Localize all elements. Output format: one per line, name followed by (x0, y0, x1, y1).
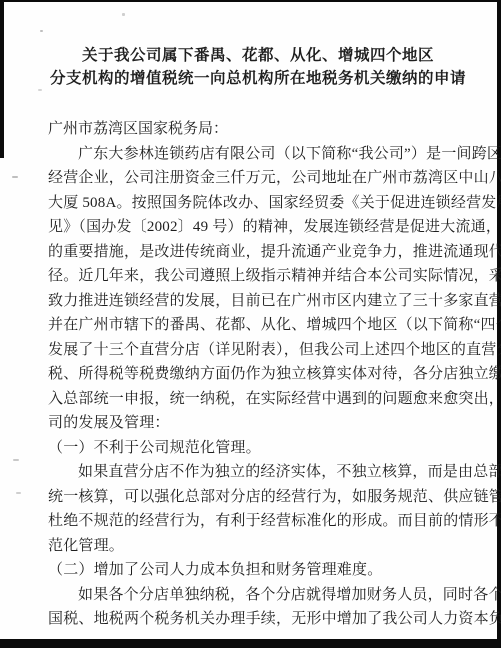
scan-edge-top (0, 0, 501, 2)
title-line-1: 关于我公司属下番禺、花都、从化、增城四个地区 (48, 44, 468, 67)
text-line: 并在广州市辖下的番禺、花都、从化、增城四个地区（以下简称“四个直属区”） (48, 313, 468, 338)
text-line: 杜绝不规范的经营行为，有利于经营标准化的形成。而目前的情形不利于公司规 (48, 509, 468, 534)
scan-edge-left (0, 0, 4, 158)
text-line: 见》（国办发〔2002〕49 号）的精神，发展连锁经营是促进大流通，带动大生产 (48, 215, 468, 240)
section-heading-1: （一）不利于公司规范化管理。 (48, 436, 468, 461)
text-line: 的重要措施，是改进传统商业，提升流通产业竞争力，推进流通现代化的有效途 (48, 240, 468, 265)
scan-artifact (122, 13, 125, 16)
text-line: 统一核算，可以强化总部对分店的经营行为，如服务规范、供应链管理等，从而 (48, 485, 468, 510)
text-line: 范化管理。 (48, 534, 468, 559)
title-line-2: 分支机构的增值税统一向总机构所在地税务机关缴纳的申请 (48, 67, 468, 90)
document-title: 关于我公司属下番禺、花都、从化、增城四个地区 分支机构的增值税统一向总机构所在地… (48, 44, 468, 90)
scan-artifact (16, 492, 21, 494)
text-line: 国税、地税两个税务机关办理手续，无形中增加了我公司人力资本负担和财务管 (48, 607, 468, 632)
text-line: 司的发展及管理： (48, 411, 468, 436)
text-line: 入总部统一申报，统一纳税，在实际经营中遇到的问题愈来愈突出，不利于我公 (48, 387, 468, 412)
text-line: 径。近几年来，我公司遵照上级指示精神并结合本公司实际情况，采取切实措施， (48, 264, 468, 289)
text-line: 致力推进连锁经营的发展，目前已在广州市区内建立了三十多家直营连锁药店， (48, 289, 468, 314)
scan-artifact (40, 30, 43, 32)
text-line: 税、所得税等税费缴纳方面仍作为独立核算实体对待，各分店独立缴交，未能纳 (48, 362, 468, 387)
salutation: 广州市荔湾区国家税务局： (48, 117, 468, 142)
scan-artifact (38, 89, 42, 91)
document-content: 关于我公司属下番禺、花都、从化、增城四个地区 分支机构的增值税统一向总机构所在地… (48, 44, 468, 632)
text-line: 广东大参林连锁药店有限公司（以下简称“我公司”）是一间跨区连锁药店 (48, 142, 468, 167)
text-line: 如果各个分店单独纳税，各个分店就得增加财务人员，同时各个分店都需在 (48, 583, 468, 608)
scan-edge-bottom (0, 639, 501, 648)
document-body: 广东大参林连锁药店有限公司（以下简称“我公司”）是一间跨区连锁药店 经营企业，公… (48, 142, 468, 632)
text-line: 如果直营分店不作为独立的经济实体，不独立核算，而是由总部统一管理、 (48, 460, 468, 485)
text-line: 发展了十三个直营分店（详见附表），但我公司上述四个地区的直营分店在增值 (48, 338, 468, 363)
scanned-page: 关于我公司属下番禺、花都、从化、增城四个地区 分支机构的增值税统一向总机构所在地… (0, 0, 501, 648)
text-line: 经营企业，公司注册资金三仟万元，公司地址在广州市荔湾区中山八路富力商贸 (48, 166, 468, 191)
scan-artifact (12, 176, 18, 178)
text-line: 大厦 508A。按照国务院体改办、国家经贸委《关于促进连锁经营发展的若干意 (48, 191, 468, 216)
section-heading-2: （二）增加了公司人力成本负担和财务管理难度。 (48, 558, 468, 583)
scan-artifact (13, 459, 19, 461)
